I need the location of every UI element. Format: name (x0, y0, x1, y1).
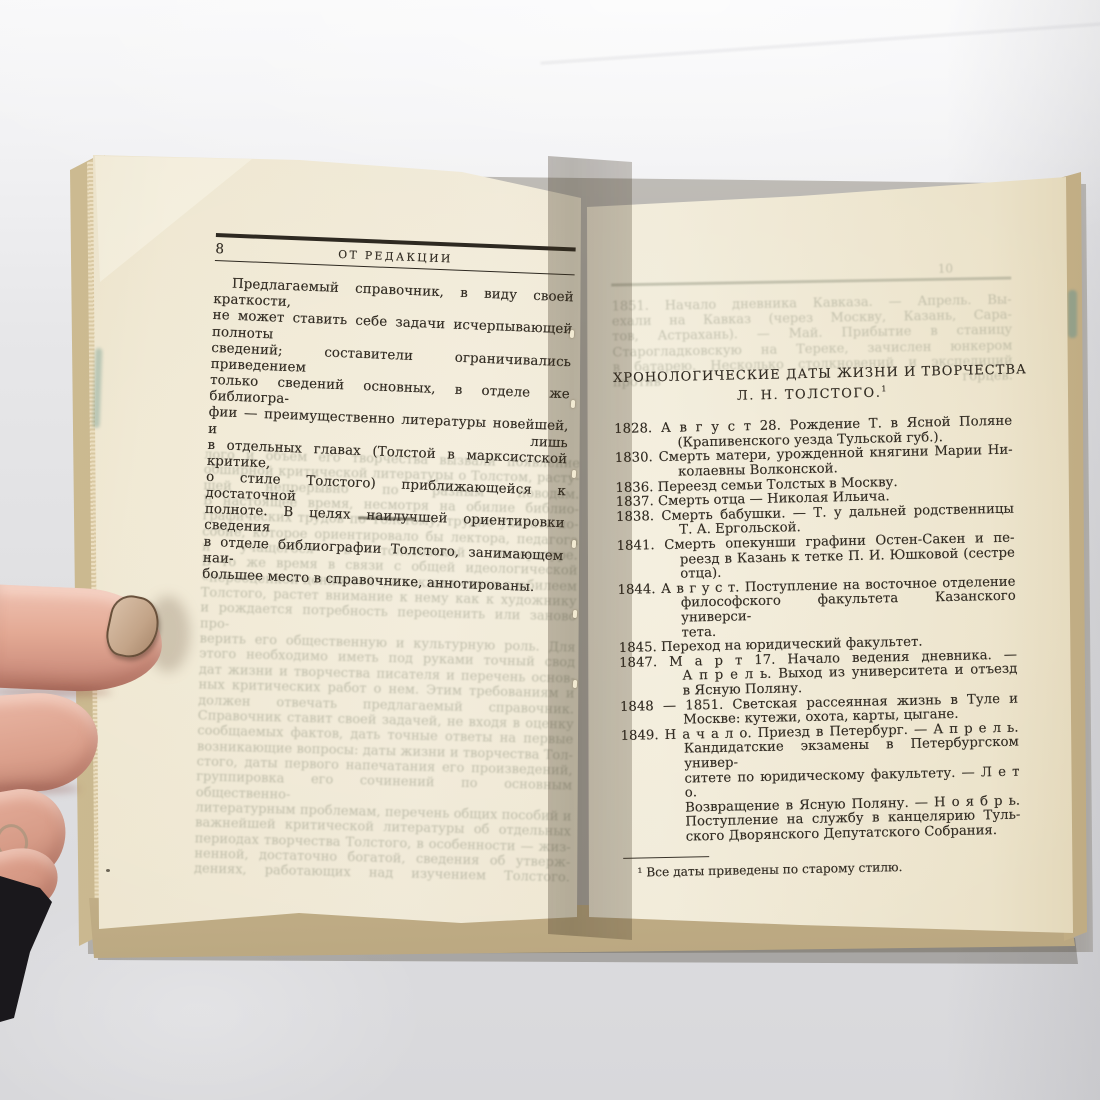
background-crease (541, 22, 1100, 64)
right-page-content: ХРОНОЛОГИЧЕСКИЕ ДАТЫ ЖИЗНИ И ТВОРЧЕСТВА … (613, 363, 1022, 880)
chronology-list: 1828. А в г у с т 28. Рождение Т. в Ясно… (614, 415, 1021, 846)
binding-stitch (573, 610, 577, 618)
editorial-paragraph: Предлагаемый справочник, в виду своей кр… (202, 276, 574, 597)
photo-of-open-book: лого и объем его творчества вызвали появ… (0, 0, 1100, 1100)
binding-stitch (572, 470, 576, 478)
binding-stitch (572, 540, 576, 548)
chronology-heading-line2: Л. Н. ТОЛСТОГО.1 (613, 382, 1011, 407)
binding-stitch (570, 330, 574, 338)
binding-stitch (571, 400, 575, 408)
teal-stain-right-edge (1068, 290, 1077, 338)
footnote-mark: 1 (881, 384, 888, 393)
chronology-entry: 1849. Н а ч а л о. Приезд в Петербург. —… (621, 721, 1021, 846)
binding-stitch (573, 680, 577, 688)
left-page-content: 8 ОТ РЕДАКЦИИ Предлагаемый справочник, в… (202, 233, 576, 597)
ink-speck (106, 869, 110, 872)
chronology-entry: 1844. А в г у с т. Поступление на восточ… (617, 575, 1016, 642)
footnote-rule (623, 856, 709, 859)
